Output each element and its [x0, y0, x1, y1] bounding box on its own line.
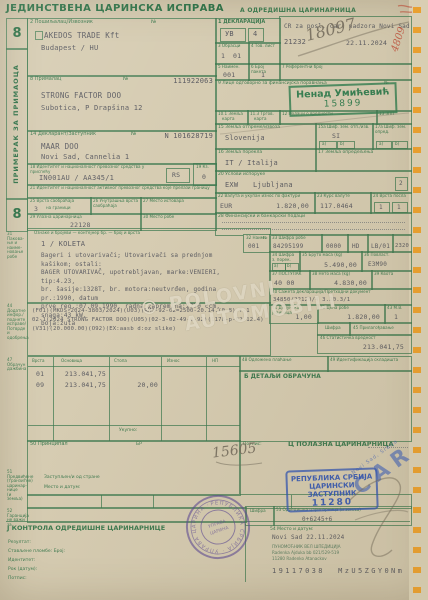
- box-17a-label: 17a Шиф. зем. опред.: [375, 125, 409, 134]
- box-37-procedure: 37 ПОСТУПАК 40 00: [269, 270, 311, 290]
- j-line-2: Стављене пломбе: Број:: [8, 549, 65, 554]
- box-47-duties-table: Врста Основица Стопа Износ НП 01 213.041…: [27, 356, 241, 442]
- copy-number-top: 8: [7, 26, 27, 41]
- j-line-3: Идентитет:: [8, 558, 35, 563]
- box-17-destination-country: 17 Земља опредељења: [315, 148, 412, 172]
- box-19-label: 19 Кз.: [196, 165, 209, 170]
- procedure-code: 40 00: [274, 279, 295, 287]
- box-2-consignor: 2 Пошиљалац/Извозник № AKEDOS TRADE Kft …: [27, 18, 217, 77]
- col-vrsta: Врста: [32, 359, 45, 364]
- duty-row-2-type: 09: [36, 381, 44, 389]
- commodity-code-4: LB/01: [371, 243, 390, 250]
- box-32-item-no: 32 Наим. № 001: [243, 234, 271, 253]
- cell-34b: b): [287, 264, 291, 269]
- box-42-item-price: 42 Цена робе 1.820,00: [317, 304, 386, 324]
- col-stopa: Стопа: [114, 359, 127, 364]
- net-mass: 4.830,00: [314, 279, 367, 287]
- gross-mass: 5.490,00: [304, 261, 357, 269]
- box-20-delivery-terms: 20 Услови испоруке EXW Ljubljana 2: [215, 170, 412, 194]
- total-line: [28, 425, 240, 426]
- box-14-no: №: [131, 132, 136, 138]
- box-49-label: 49 Идентификација складишта: [330, 358, 398, 363]
- consignee-name: STRONG FACTOR DOO: [41, 91, 121, 100]
- consignor-name: AKEDOS TRADE Kft: [44, 31, 119, 40]
- copy-strip: ПРИМЕРАК ЗА ПРИМАОЦА: [6, 48, 28, 200]
- box-35-gross-mass: 35 Бруто маса (kg) 5.490,00: [299, 251, 363, 272]
- delivery-code: 2: [399, 180, 403, 187]
- cell-34a: a): [274, 264, 278, 269]
- box-22-label: 22 Валута и укупан износ по фактури: [218, 194, 312, 199]
- box-15a: 15a Шиф. зем. отп./изв. SI a) b): [315, 123, 374, 150]
- copy-label: ПРИМЕРАК ЗА ПРИМАОЦА: [12, 49, 20, 199]
- box-22-invoice: 22 Валута и укупан износ по фактури EUR …: [215, 192, 316, 214]
- duty-row-2-rate: 20,00: [116, 381, 158, 389]
- represented-by: Заступљен/и од стране: [44, 475, 100, 480]
- box-19-container: 19 Кз. 0: [193, 163, 217, 186]
- origin-country: IT / Italija: [225, 159, 278, 167]
- box-24-transaction-type: 24 Врста посла 1 1: [370, 192, 412, 214]
- forms-v2: 01: [233, 52, 241, 60]
- declarant-id: N 101628719: [143, 132, 213, 140]
- box-48-label: 48 Одложено плаћање: [242, 358, 292, 363]
- box-18-transport: 18 Идентитет и националност превозног ср…: [27, 163, 217, 186]
- box-38-net-mass: 38 Нето маса (kg) 4.830,00: [309, 270, 373, 290]
- consignor-mark: [35, 31, 43, 40]
- supplementary-unit: 1,00: [274, 313, 312, 321]
- perforation-dots: [413, 7, 421, 595]
- box-20-label: 20 Услови испоруке: [218, 172, 265, 177]
- box-3-label: 3 Обрасци: [218, 44, 240, 49]
- packages-count: 1: [261, 71, 265, 79]
- duty-row-2-base: 213.041,75: [56, 381, 106, 389]
- registration-code: 19117038 MzU5ZGY0Nm: [272, 567, 404, 575]
- box-8-no: №: [123, 77, 128, 83]
- delivery-term: EXW: [225, 181, 238, 189]
- declaration-num-cell: 4: [248, 28, 264, 42]
- box-2-label: 2 Пошиљалац/Извозник: [30, 20, 93, 26]
- header-line: [28, 366, 240, 367]
- exchange-rate: 117.0464: [320, 202, 353, 210]
- cell-a-label: a): [322, 142, 326, 147]
- box-15a-label: 15a Шиф. зем. отп./изв.: [318, 125, 370, 130]
- box-50-no: БР: [136, 442, 142, 447]
- transaction-v1: 1: [379, 204, 383, 211]
- box-39-quota: 39 Квота: [371, 270, 412, 290]
- declarant-address: Novi Sad, Cannelia 1: [41, 153, 129, 161]
- box-46-label: 46 Статистичка вредност: [320, 336, 375, 341]
- box-47-label: 47 Обрачун дажбина: [7, 358, 27, 372]
- box-54-label: 54 Место и датум:: [270, 527, 314, 532]
- box-4-label: 4 Тов. лист: [251, 44, 277, 49]
- box-18-label: 18 Идентитет и националност превозног ср…: [30, 165, 160, 174]
- j-line-4: Рок (датум):: [8, 567, 37, 572]
- box-35-label: 35 Бруто маса (kg): [302, 253, 342, 258]
- agent-stamp-number: 11280: [288, 496, 376, 509]
- leader-dots-1: [222, 222, 405, 223]
- invoice-amount: 1.820,00: [251, 202, 309, 210]
- box-23-exchange-rate: 23 Курс валуте 117.0464: [314, 192, 372, 214]
- box-4-loading-list: 4 Тов. лист: [248, 42, 281, 65]
- col-line-3: [161, 357, 162, 441]
- box-50-principal: 50 Принципал БР Заступљен/и од стране Ме…: [27, 440, 241, 496]
- box-15-dispatch-country: 15 Земља отпреме/извоза Slovenija: [215, 123, 317, 150]
- box-10-sub: карта: [222, 117, 234, 122]
- transaction-v2: 1: [397, 204, 401, 211]
- box-53-sifra: Шифра: [250, 509, 266, 514]
- invoice-currency: EUR: [220, 202, 232, 210]
- agent-line-2: Radenka Ajduka bb 021/529-519: [272, 551, 339, 556]
- box-29-label: 29 Улазна царинарница: [30, 215, 82, 220]
- box-1-label: 1 ДЕКЛАРАЦИЈА: [218, 20, 265, 26]
- declaration-type: УВ: [225, 30, 234, 38]
- box-42-label: 42 Цена робе: [320, 306, 349, 311]
- box-44-additional-info: (F01)(MKDS-2024-3803/2024)(U03)(RMD-92-0…: [27, 302, 271, 356]
- transport-nationality-cell: RS: [166, 168, 190, 183]
- box-27-label: 27 Место истовара: [143, 199, 184, 204]
- box-31-label: 31 Пакова- ње и наиме- новање робе: [7, 232, 27, 259]
- box-28-label: 28 Финансијски и банкарски подаци: [218, 214, 305, 219]
- dispatch-country: Slovenija: [225, 134, 265, 142]
- box-b-label: Б ДЕТАЉИ ОБРАЧУНА: [244, 374, 321, 381]
- declaration-type-cell: УВ: [220, 28, 246, 42]
- box-46-statistical-value: 46 Статистичка вредност 213.041,75: [317, 334, 412, 354]
- divider-54: [245, 524, 246, 582]
- box-1-declaration: 1 ДЕКЛАРАЦИЈА УВ 4: [215, 18, 281, 44]
- container-flag: 0: [202, 173, 206, 181]
- place-date-value: Novi Sad 22.11.2024: [272, 534, 344, 541]
- box-15-label: 15 Земља отпреме/извоза: [218, 125, 280, 130]
- box-16-origin-country: 16 Земља порекла IT / Italija: [215, 148, 317, 172]
- c-leader-dots: [368, 447, 408, 448]
- agent-line-1: ПУНОМОЋНИК ВЕЛ ШПЕДИЦИЈА: [272, 545, 341, 550]
- box-43-mv: 43 М.В. 1: [384, 304, 412, 324]
- info-line-3: (V31)(20.000.00)(O92)(EX:aasb d:oz slike…: [32, 326, 176, 332]
- box-14-label: 14 Декларант/Заступник: [30, 132, 96, 138]
- packages-line: 1 / KOLETA: [41, 240, 85, 248]
- col-line-4: [206, 357, 207, 441]
- total-label: Укупно:: [119, 428, 137, 433]
- declarant-name: MAAR DOO: [41, 142, 79, 151]
- box-39-label: 39 Квота: [374, 272, 393, 277]
- box-13-label: 13 ЗПП: [379, 112, 394, 117]
- box-36-preference: 36 Повласт. E3M90: [361, 251, 412, 272]
- box-21-label: 21 Идентитет и националност активног пре…: [30, 186, 212, 191]
- duty-row-1-type: 01: [36, 370, 44, 378]
- box-38-label: 38 Нето маса (kg): [312, 272, 350, 277]
- box-34-origin-code: 34 Шифра з. порек. a) b): [269, 251, 301, 272]
- j-top-line: [6, 521, 410, 522]
- destination-office-date: 22.11.2024: [346, 39, 387, 47]
- box-17a: 17a Шиф. зем. опред. a) b): [372, 123, 412, 150]
- box-37-label: 37 ПОСТУПАК: [272, 272, 301, 277]
- box-36-label: 36 Повласт.: [364, 253, 390, 258]
- transport-mode-value: 3: [34, 205, 38, 213]
- customs-declaration-scan: ЈЕДИНСТВЕНА ЦАРИНСКА ИСПРАВА 8 ПРИМЕРАК …: [0, 0, 428, 600]
- cell-a2-label: a): [379, 142, 383, 147]
- box-j-label: Ј КОНТРОЛА ОДРЕДИШНЕ ЦАРИНАРНИЦЕ: [7, 525, 165, 532]
- transport-id: IN001AU / AA345/1: [39, 174, 114, 182]
- j-line-1: Резултат:: [8, 540, 31, 545]
- box-33-label: 33 Шифра робе: [272, 236, 306, 241]
- col-osnovica: Основица: [61, 359, 82, 364]
- box-51-label: 51 Предвиђене (транзитне) царинар- нице …: [7, 470, 27, 502]
- customs-agent-stamp: РЕПУБЛИКА СРБИЈА ЦАРИНСКИ ЗАСТУПНИК 1128…: [285, 467, 378, 512]
- forms-v1: 1: [221, 52, 225, 60]
- commodity-code-1: 84295199: [273, 243, 304, 250]
- consignee-address: Subotica, P Drapšina 12: [41, 104, 143, 112]
- box-25-label: 25 Врста саобраћаја: [30, 199, 74, 204]
- info-line-2: 02-1(2024 STRONG FACTOR DOO)(U05)(02-3-0…: [32, 317, 264, 323]
- items-count: 001: [223, 71, 235, 79]
- commodity-code-3: HD: [352, 243, 360, 250]
- form-title: ЈЕДИНСТВЕНА ЦАРИНСКА ИСПРАВА: [6, 3, 224, 14]
- box-31-goods: Ознаке и бројеви — контејнер бр. — број …: [27, 228, 271, 304]
- box-17-label: 17 Земља опредељења: [318, 150, 373, 155]
- box-11-sub: карта: [254, 117, 266, 122]
- box-25-sub: на граници: [46, 206, 71, 211]
- agent-line-3: 11280 Radenko Atanackov: [272, 557, 327, 562]
- mv-code: 1: [394, 313, 398, 321]
- box-8-label: 8 Прималац: [30, 77, 61, 83]
- consignee-id: 111922063: [143, 77, 213, 85]
- box-23-label: 23 Курс валуте: [317, 194, 350, 199]
- col-np: НП: [212, 359, 218, 364]
- info-line-1: (F01)(MKDS-2024-3803/2024)(U03)(RMD-92-0…: [32, 308, 250, 314]
- item-number: 001: [248, 243, 259, 250]
- delivery-place: Ljubljana: [253, 181, 293, 189]
- col-line-2: [109, 357, 110, 441]
- box-3-forms: 3 Обрасци 1 01: [215, 42, 250, 65]
- box-7-label: 7 Референтни број: [282, 65, 323, 70]
- box-34-label: 34 Шифра з. порек.: [272, 253, 298, 262]
- sifra-label: Шифра: [325, 326, 341, 331]
- box-26-label: 26 Унутрашња врста саобраћаја: [93, 199, 138, 208]
- box-2-no: №: [151, 20, 156, 26]
- box-32-no: №: [263, 236, 267, 241]
- commodity-code-2: 0000: [326, 243, 341, 250]
- box-50-label: 50 Принципал: [30, 442, 68, 448]
- cell-b2-label: b): [395, 142, 399, 147]
- box-44-label: 44 Додатне инфор./ поднете исправе/ Потв…: [7, 304, 27, 341]
- box-40-label: 40 Сажета декларација/Претходни документ: [272, 290, 408, 295]
- cell-b-label: b): [340, 142, 344, 147]
- box-16-label: 16 Земља порекла: [218, 150, 262, 155]
- round-stamp-center-2: ЦАРИНА: [209, 525, 230, 537]
- box-30-label: 30 Место робе: [143, 215, 174, 220]
- place-date-label: Место и датум:: [44, 485, 80, 490]
- delivery-cell: 2: [395, 177, 408, 191]
- box-43-label: 43 М.В.: [387, 306, 402, 311]
- dispatch-country-code: SI: [332, 132, 340, 140]
- box-31-head: Ознаке и бројеви — контејнер бр. — број …: [34, 231, 140, 236]
- box-45-label: 45 Прилагођавање: [353, 326, 394, 331]
- commodity-code-5: 2320: [395, 243, 409, 249]
- copy-number-box-top: 8: [6, 18, 28, 50]
- col-line-1: [53, 357, 54, 441]
- box-14-declarant: 14 Декларант/Заступник № N 101628719 MAA…: [27, 130, 217, 165]
- box-41-supplementary-unit: 41 Допунска јединица 1,00: [269, 304, 319, 324]
- box-12-label: 12 Подаци о вредности: [282, 112, 333, 117]
- copy-number-box-bottom: 8: [6, 198, 28, 232]
- duty-row-1-base: 213.041,75: [56, 370, 106, 378]
- item-price: 1.820,00: [322, 313, 380, 321]
- declaration-num: 4: [253, 30, 257, 38]
- previous-document: 34850/22120/4 3.20.3/1: [273, 297, 350, 303]
- box-b-calculation-details: Б ДЕТАЉИ ОБРАЧУНА: [239, 370, 412, 442]
- statistical-value: 213.041,75: [328, 343, 404, 351]
- box-a-label: А ОДРЕДИШНА ЦАРИНАРНИЦА: [240, 8, 356, 15]
- j-line-5: Потпис:: [8, 576, 27, 581]
- box-24-label: 24 Врста посла: [373, 194, 409, 199]
- box-53-sifra-cell: Шифра: [245, 506, 275, 526]
- destination-office-code: 21232: [284, 38, 306, 46]
- box-5-label: 5 Наимен.: [218, 65, 240, 70]
- col-iznos: Износ: [167, 359, 180, 364]
- consignor-address: Budapest / HU: [41, 44, 98, 52]
- copy-number-bottom: 8: [7, 207, 27, 222]
- box-8-consignee: 8 Прималац № 111922063 STRONG FACTOR DOO…: [27, 75, 217, 132]
- transport-nationality: RS: [172, 171, 180, 179]
- preference-code: E3M90: [368, 261, 387, 268]
